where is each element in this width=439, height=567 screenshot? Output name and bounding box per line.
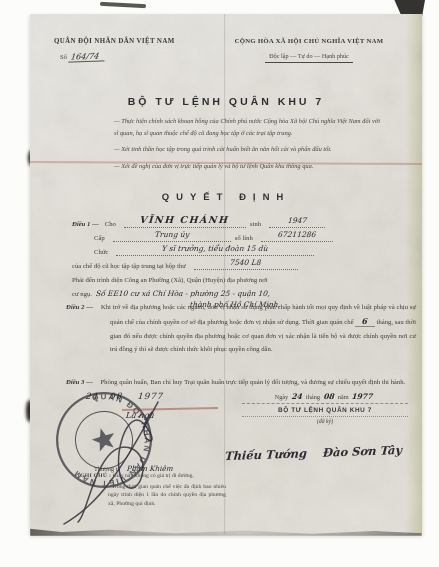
handwritten-position: Y sĩ trưởng, tiểu đoàn 15 dù <box>162 243 269 254</box>
right-signer-rank: Thiếu Tướng <box>225 446 308 463</box>
right-signer-line: Thiếu Tướng Đào Sơn Tây <box>206 442 422 464</box>
footnote-line2: - Trong thời gian quản chế việc ấn định … <box>108 483 226 509</box>
form-line-position: Chức Y sĩ trưởng, tiểu đoàn 15 dù <box>94 242 402 256</box>
mailbox-field: 7540 L8 <box>194 257 298 270</box>
document-number-line: Số 164/74 <box>60 52 105 62</box>
handwritten-rank: Trung úy <box>154 229 190 240</box>
position-field: Y sĩ trưởng, tiểu đoàn 15 dù <box>116 243 314 256</box>
national-motto: Độc lập — Tự do — Hạnh phúc <box>265 53 353 63</box>
scan-edge-artifact <box>100 2 146 8</box>
footnote-section: GHI CHÚ : Giấy này không có giá trị đi đ… <box>80 472 260 508</box>
national-header: CỘNG HÒA XÃ HỘI CHỦ NGHĨA VIỆT NAM Độc l… <box>216 38 402 63</box>
form-line-report: Phải đến trình diện Công an Phường (Xã),… <box>72 270 402 284</box>
handwritten-day: 24 <box>289 392 305 401</box>
regime-line-label: của chế độ cũ học tập tập trung tại hộp … <box>72 263 186 270</box>
document-page: QUÂN ĐỘI NHÂN DÂN VIỆT NAM Số 164/74 CỘN… <box>30 14 422 534</box>
residence-label: cư ngụ. <box>72 291 92 298</box>
page-title: BỘ TƯ LỆNH QUÂN KHU 7 <box>30 96 422 108</box>
footnote-line1: Giấy này không có giá trị đi đường. <box>113 473 194 479</box>
form-line-rank: Cấp Trung úy số lính 67211286 <box>94 228 402 242</box>
rank-label: Cấp <box>94 235 105 242</box>
signed-note: (đã ký) <box>242 419 408 425</box>
handwritten-document-number: 164/74 <box>68 51 106 62</box>
country-title: CỘNG HÒA XÃ HỘI CHỦ NGHĨA VIỆT NAM <box>216 38 402 45</box>
handwritten-address-line1: Số EE10 cư xá Chí Hòa - phường 25 - quận… <box>95 289 270 298</box>
form-line-name: Điều 1 — Cho VĨNH CHÁNH sinh 1947 <box>72 214 402 228</box>
handwritten-mailbox: 7540 L8 <box>230 257 262 268</box>
handwritten-name: VĨNH CHÁNH <box>140 215 231 226</box>
cho-label: Cho <box>105 221 116 228</box>
probation-duration-field: 6 <box>355 319 375 327</box>
year-word: năm <box>338 394 349 401</box>
article-1-section: Điều 1 — Cho VĨNH CHÁNH sinh 1947 Cấp Tr… <box>72 214 402 309</box>
right-signer-name: Đào Sơn Tây <box>323 443 403 460</box>
signature-date-line: Ngày 24 tháng 08 năm 1977 <box>242 392 408 404</box>
service-number-label: số lính <box>235 235 253 242</box>
scanned-document-photo: QUÂN ĐỘI NHÂN DÂN VIỆT NAM Số 164/74 CỘN… <box>0 0 439 567</box>
number-label: Số <box>60 54 67 61</box>
birth-label: sinh <box>250 221 261 228</box>
name-field: VĨNH CHÁNH <box>124 215 246 228</box>
article-1-label: Điều 1 — <box>72 221 99 228</box>
issuing-army-name: QUÂN ĐỘI NHÂN DÂN VIỆT NAM <box>54 38 175 45</box>
form-line-mailbox: của chế độ cũ học tập tập trung tại hộp … <box>72 256 402 270</box>
preamble-item: — Thực hiện chính sách khoan hồng của Ch… <box>114 116 380 139</box>
position-label: Chức <box>94 249 108 256</box>
article-2-section: Điều 2 — Khi trở về địa phương hoặc các … <box>66 301 416 357</box>
preamble-item: — Xét tinh thần học tập trong quá trình … <box>114 144 380 156</box>
preamble-item: — Xét đề nghị của đơn vị trực tiếp quản … <box>114 161 380 173</box>
article-2-label: Điều 2 — <box>66 304 93 311</box>
report-instruction: Phải đến trình diện Công an Phường (Xã),… <box>72 277 268 284</box>
service-number-field: 67211286 <box>261 229 333 242</box>
handwritten-year: 1977 <box>350 392 376 401</box>
signing-authority: BỘ TƯ LỆNH QUÂN KHU 7 <box>242 407 408 417</box>
birth-year-field: 1947 <box>269 215 325 228</box>
preamble-section: — Thực hiện chính sách khoan hồng của Ch… <box>114 116 380 177</box>
date-prefix: Ngày <box>275 394 289 401</box>
rank-field: Trung úy <box>113 229 231 242</box>
handwritten-service-number: 67211286 <box>277 229 316 240</box>
handwritten-duration: 6 <box>362 315 369 329</box>
form-line-address: cư ngụ. Số EE10 cư xá Chí Hòa - phường 2… <box>72 284 402 298</box>
signature-section: QUÂN ĐỘI NHÂN DÂN VIỆT NAM 24 08 1977 Là… <box>30 386 422 536</box>
month-word: tháng <box>306 394 320 401</box>
handwritten-birth-year: 1947 <box>287 215 307 226</box>
decision-heading: QUYẾT ĐỊNH <box>30 192 422 203</box>
right-signature-block: Ngày 24 tháng 08 năm 1977 BỘ TƯ LỆNH QUÂ… <box>242 392 408 425</box>
handwritten-month: 08 <box>321 392 337 401</box>
footnote-label: GHI CHÚ : <box>80 473 111 479</box>
